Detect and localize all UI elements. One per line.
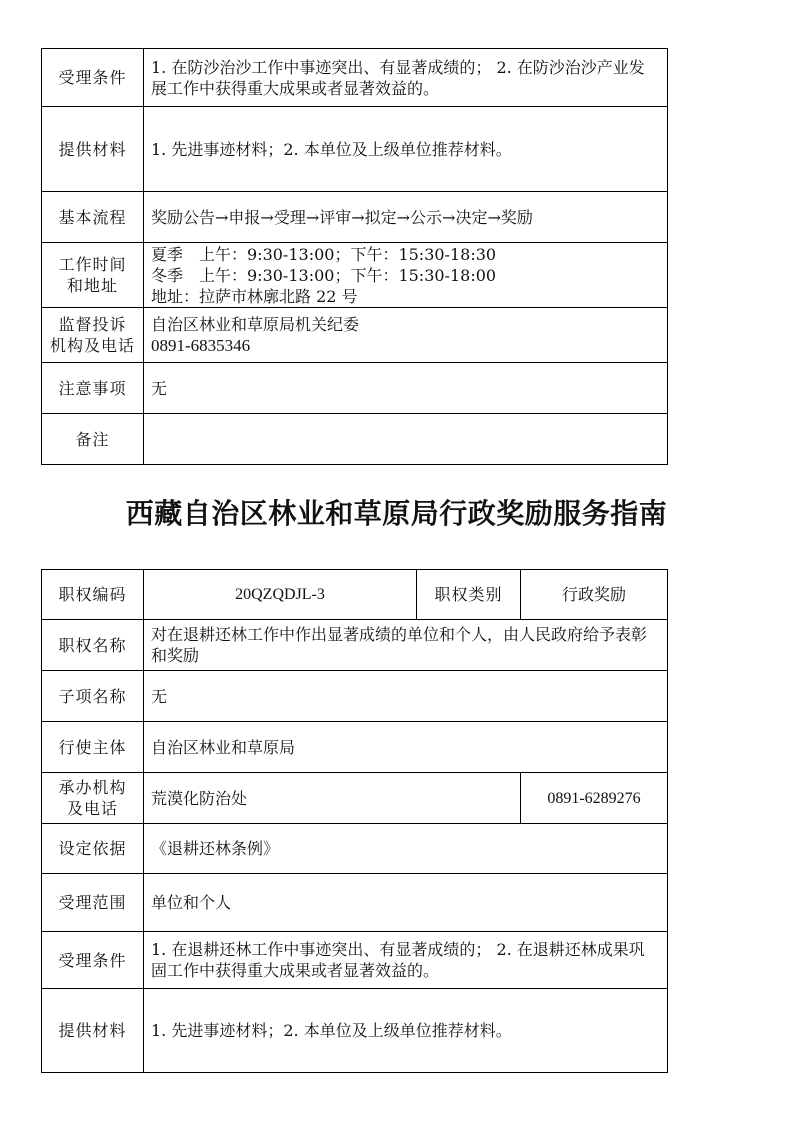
label-line: 及电话 <box>49 798 136 819</box>
row-basic-process: 基本流程 奖励公告→申报→受理→评审→拟定→公示→决定→奖励 <box>42 192 668 243</box>
row-acceptance-conditions: 受理条件 1. 在退耕还林工作中事迹突出、有显著成绩的； 2. 在退耕还林成果巩… <box>42 932 668 989</box>
label-legal-basis: 设定依据 <box>42 824 144 874</box>
row-required-materials: 提供材料 1. 先进事迹材料；2. 本单位及上级单位推荐材料。 <box>42 989 668 1073</box>
summer-hours: 夏季 上午：9:30-13:00；下午：15:30-18:30 <box>151 244 660 265</box>
label-authority-code: 职权编码 <box>42 570 144 620</box>
label-executing-body: 行使主体 <box>42 722 144 773</box>
row-legal-basis: 设定依据 《退耕还林条例》 <box>42 824 668 874</box>
value-handling-agency: 荒漠化防治处 <box>144 773 521 824</box>
value-acceptance-scope: 单位和个人 <box>144 874 668 932</box>
row-authority-name: 职权名称 对在退耕还林工作中作出显著成绩的单位和个人，由人民政府给予表彰和奖励 <box>42 620 668 671</box>
value-notes: 无 <box>144 363 668 414</box>
row-handling-agency: 承办机构 及电话 荒漠化防治处 0891-6289276 <box>42 773 668 824</box>
label-remarks: 备注 <box>42 414 144 465</box>
label-line: 和地址 <box>49 275 136 296</box>
value-required-materials: 1. 先进事迹材料；2. 本单位及上级单位推荐材料。 <box>144 107 668 192</box>
value-acceptance-conditions: 1. 在退耕还林工作中事迹突出、有显著成绩的； 2. 在退耕还林成果巩固工作中获… <box>144 932 668 989</box>
complaint-phone: 0891-6835346 <box>151 335 660 356</box>
row-acceptance-scope: 受理范围 单位和个人 <box>42 874 668 932</box>
row-remarks: 备注 <box>42 414 668 465</box>
label-required-materials: 提供材料 <box>42 107 144 192</box>
label-required-materials: 提供材料 <box>42 989 144 1073</box>
value-required-materials: 1. 先进事迹材料；2. 本单位及上级单位推荐材料。 <box>144 989 668 1073</box>
label-complaint-contact: 监督投诉 机构及电话 <box>42 308 144 363</box>
winter-hours: 冬季 上午：9:30-13:00；下午：15:30-18:00 <box>151 265 660 286</box>
label-subitem: 子项名称 <box>42 671 144 722</box>
row-acceptance-conditions: 受理条件 1. 在防沙治沙工作中事迹突出、有显著成绩的； 2. 在防沙治沙产业发… <box>42 49 668 107</box>
section-title: 西藏自治区林业和草原局行政奖励服务指南 <box>0 494 793 534</box>
service-guide-table-continued: 受理条件 1. 在防沙治沙工作中事迹突出、有显著成绩的； 2. 在防沙治沙产业发… <box>41 48 668 465</box>
label-acceptance-conditions: 受理条件 <box>42 932 144 989</box>
row-executing-body: 行使主体 自治区林业和草原局 <box>42 722 668 773</box>
value-executing-body: 自治区林业和草原局 <box>144 722 668 773</box>
label-basic-process: 基本流程 <box>42 192 144 243</box>
office-address: 地址：拉萨市林廓北路 22 号 <box>151 286 660 307</box>
label-line: 工作时间 <box>49 254 136 275</box>
row-authority-code: 职权编码 20QZQDJL-3 职权类别 行政奖励 <box>42 570 668 620</box>
value-complaint-contact: 自治区林业和草原局机关纪委 0891-6835346 <box>144 308 668 363</box>
label-authority-category: 职权类别 <box>417 570 521 620</box>
label-line: 机构及电话 <box>49 335 136 356</box>
value-legal-basis: 《退耕还林条例》 <box>144 824 668 874</box>
value-basic-process: 奖励公告→申报→受理→评审→拟定→公示→决定→奖励 <box>144 192 668 243</box>
value-authority-name: 对在退耕还林工作中作出显著成绩的单位和个人，由人民政府给予表彰和奖励 <box>144 620 668 671</box>
value-authority-code: 20QZQDJL-3 <box>144 570 417 620</box>
label-handling-agency: 承办机构 及电话 <box>42 773 144 824</box>
label-line: 监督投诉 <box>49 314 136 335</box>
row-subitem: 子项名称 无 <box>42 671 668 722</box>
row-hours-address: 工作时间 和地址 夏季 上午：9:30-13:00；下午：15:30-18:30… <box>42 243 668 308</box>
row-notes: 注意事项 无 <box>42 363 668 414</box>
value-acceptance-conditions: 1. 在防沙治沙工作中事迹突出、有显著成绩的； 2. 在防沙治沙产业发展工作中获… <box>144 49 668 107</box>
label-acceptance-conditions: 受理条件 <box>42 49 144 107</box>
label-acceptance-scope: 受理范围 <box>42 874 144 932</box>
label-authority-name: 职权名称 <box>42 620 144 671</box>
service-guide-table: 职权编码 20QZQDJL-3 职权类别 行政奖励 职权名称 对在退耕还林工作中… <box>41 569 668 1073</box>
label-hours-address: 工作时间 和地址 <box>42 243 144 308</box>
complaint-agency: 自治区林业和草原局机关纪委 <box>151 314 660 335</box>
value-subitem: 无 <box>144 671 668 722</box>
value-authority-category: 行政奖励 <box>521 570 668 620</box>
value-hours-address: 夏季 上午：9:30-13:00；下午：15:30-18:30 冬季 上午：9:… <box>144 243 668 308</box>
label-notes: 注意事项 <box>42 363 144 414</box>
value-remarks <box>144 414 668 465</box>
row-complaint-contact: 监督投诉 机构及电话 自治区林业和草原局机关纪委 0891-6835346 <box>42 308 668 363</box>
label-line: 承办机构 <box>49 777 136 798</box>
value-handling-agency-phone: 0891-6289276 <box>521 773 668 824</box>
row-required-materials: 提供材料 1. 先进事迹材料；2. 本单位及上级单位推荐材料。 <box>42 107 668 192</box>
